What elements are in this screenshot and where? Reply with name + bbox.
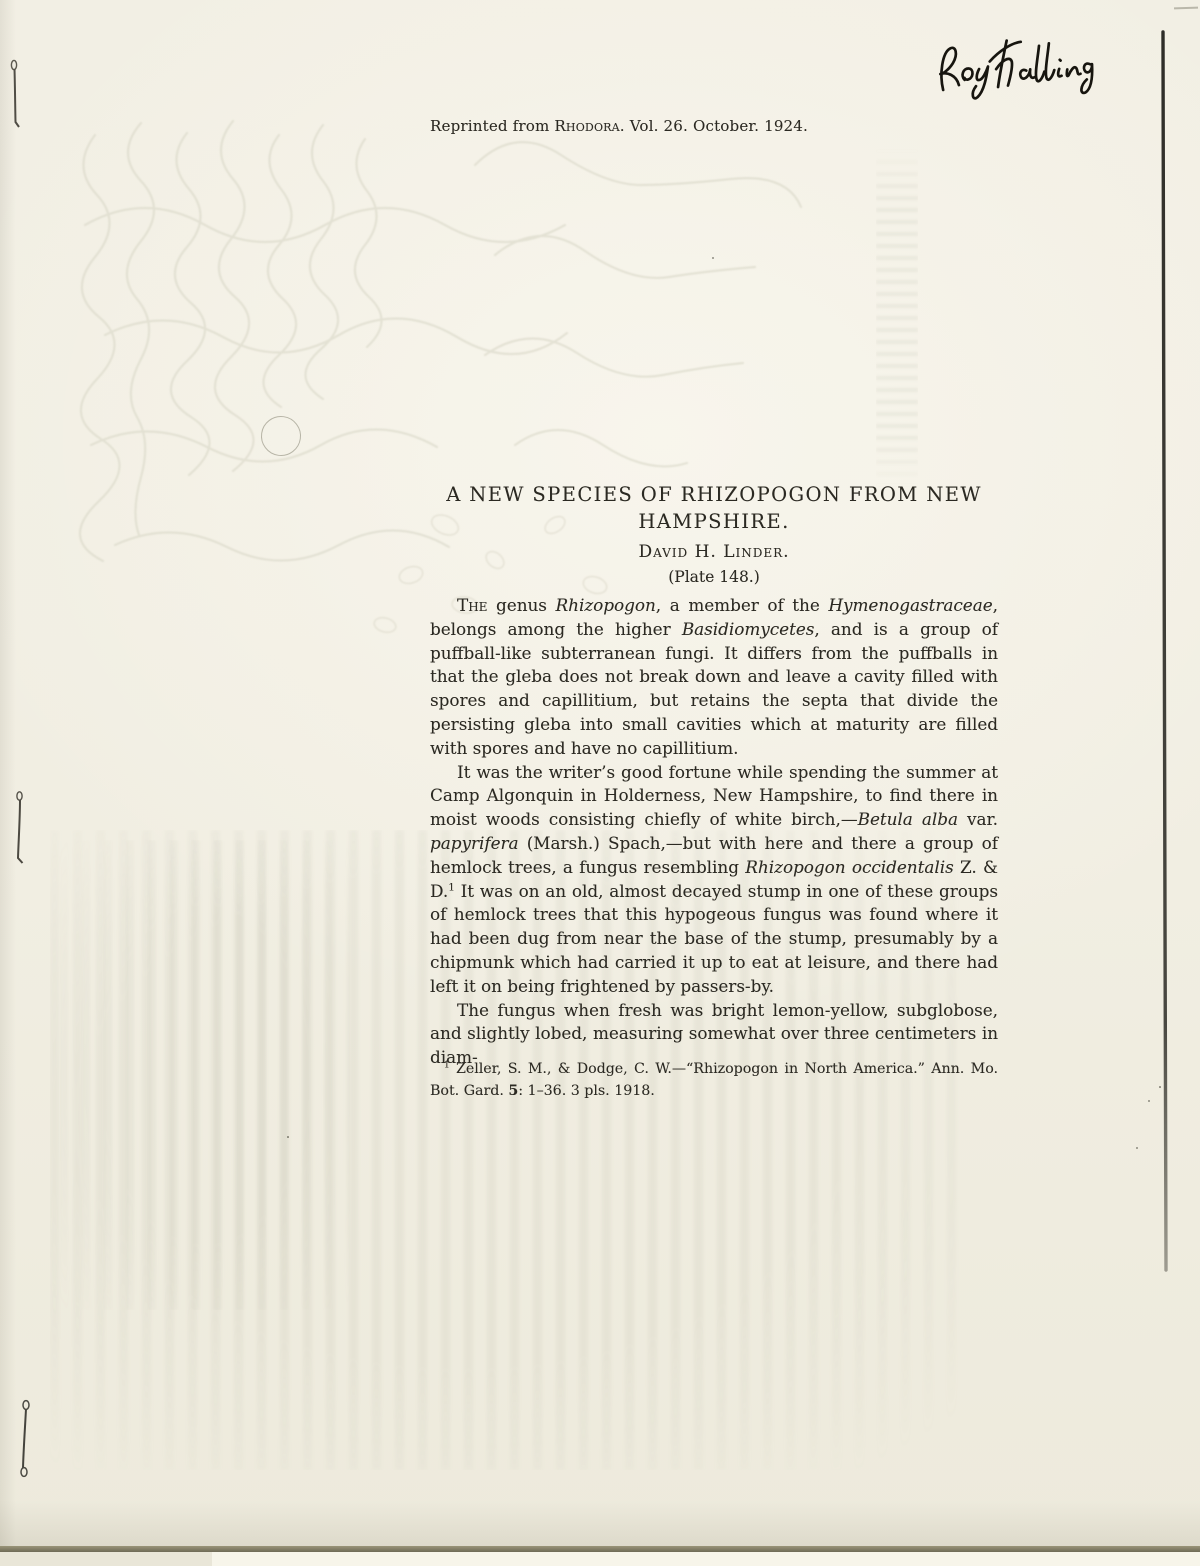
paragraph-1: The genus Rhizopogon, a member of the Hy… — [430, 594, 998, 761]
ink-line-right-margin — [1150, 20, 1180, 1290]
author-name: David H. Linder. — [430, 542, 998, 562]
page-bottom-shadow — [0, 1500, 1200, 1548]
handwritten-signature: Roy Halling — [926, 19, 1110, 112]
bleedthrough-text-right-column — [876, 148, 918, 488]
article-body: The genus Rhizopogon, a member of the Hy… — [430, 594, 998, 1070]
pencil-circle-mark — [258, 413, 303, 458]
bleedthrough-text-left — [60, 840, 350, 1310]
paragraph-2: It was the writer’s good fortune while s… — [430, 761, 998, 999]
dust-speck — [1159, 1086, 1161, 1088]
reprint-source-line: Reprinted from Rhodora. Vol. 26. October… — [430, 117, 808, 135]
dust-speck — [1148, 1100, 1150, 1102]
dust-speck — [1136, 1147, 1138, 1149]
staple-bottom-left — [17, 1398, 35, 1486]
footnote: 1 Zeller, S. M., & Dodge, C. W.—“Rhizopo… — [430, 1058, 998, 1102]
article-title-line-2: HAMPSHIRE. — [430, 508, 998, 535]
page-left-edge-shade — [0, 0, 16, 1566]
under-sheet-shaded — [0, 1552, 212, 1566]
article-title-line-1: A NEW SPECIES OF RHIZOPOGON FROM NEW — [430, 481, 998, 508]
dust-speck — [287, 1136, 289, 1138]
title-block: A NEW SPECIES OF RHIZOPOGON FROM NEW HAM… — [430, 481, 998, 587]
corner-hairline-mark — [1174, 7, 1198, 9]
dust-speck — [712, 257, 714, 259]
plate-reference: (Plate 148.) — [430, 567, 998, 587]
scanned-reprint-page: Reprinted from Rhodora. Vol. 26. October… — [0, 0, 1200, 1566]
